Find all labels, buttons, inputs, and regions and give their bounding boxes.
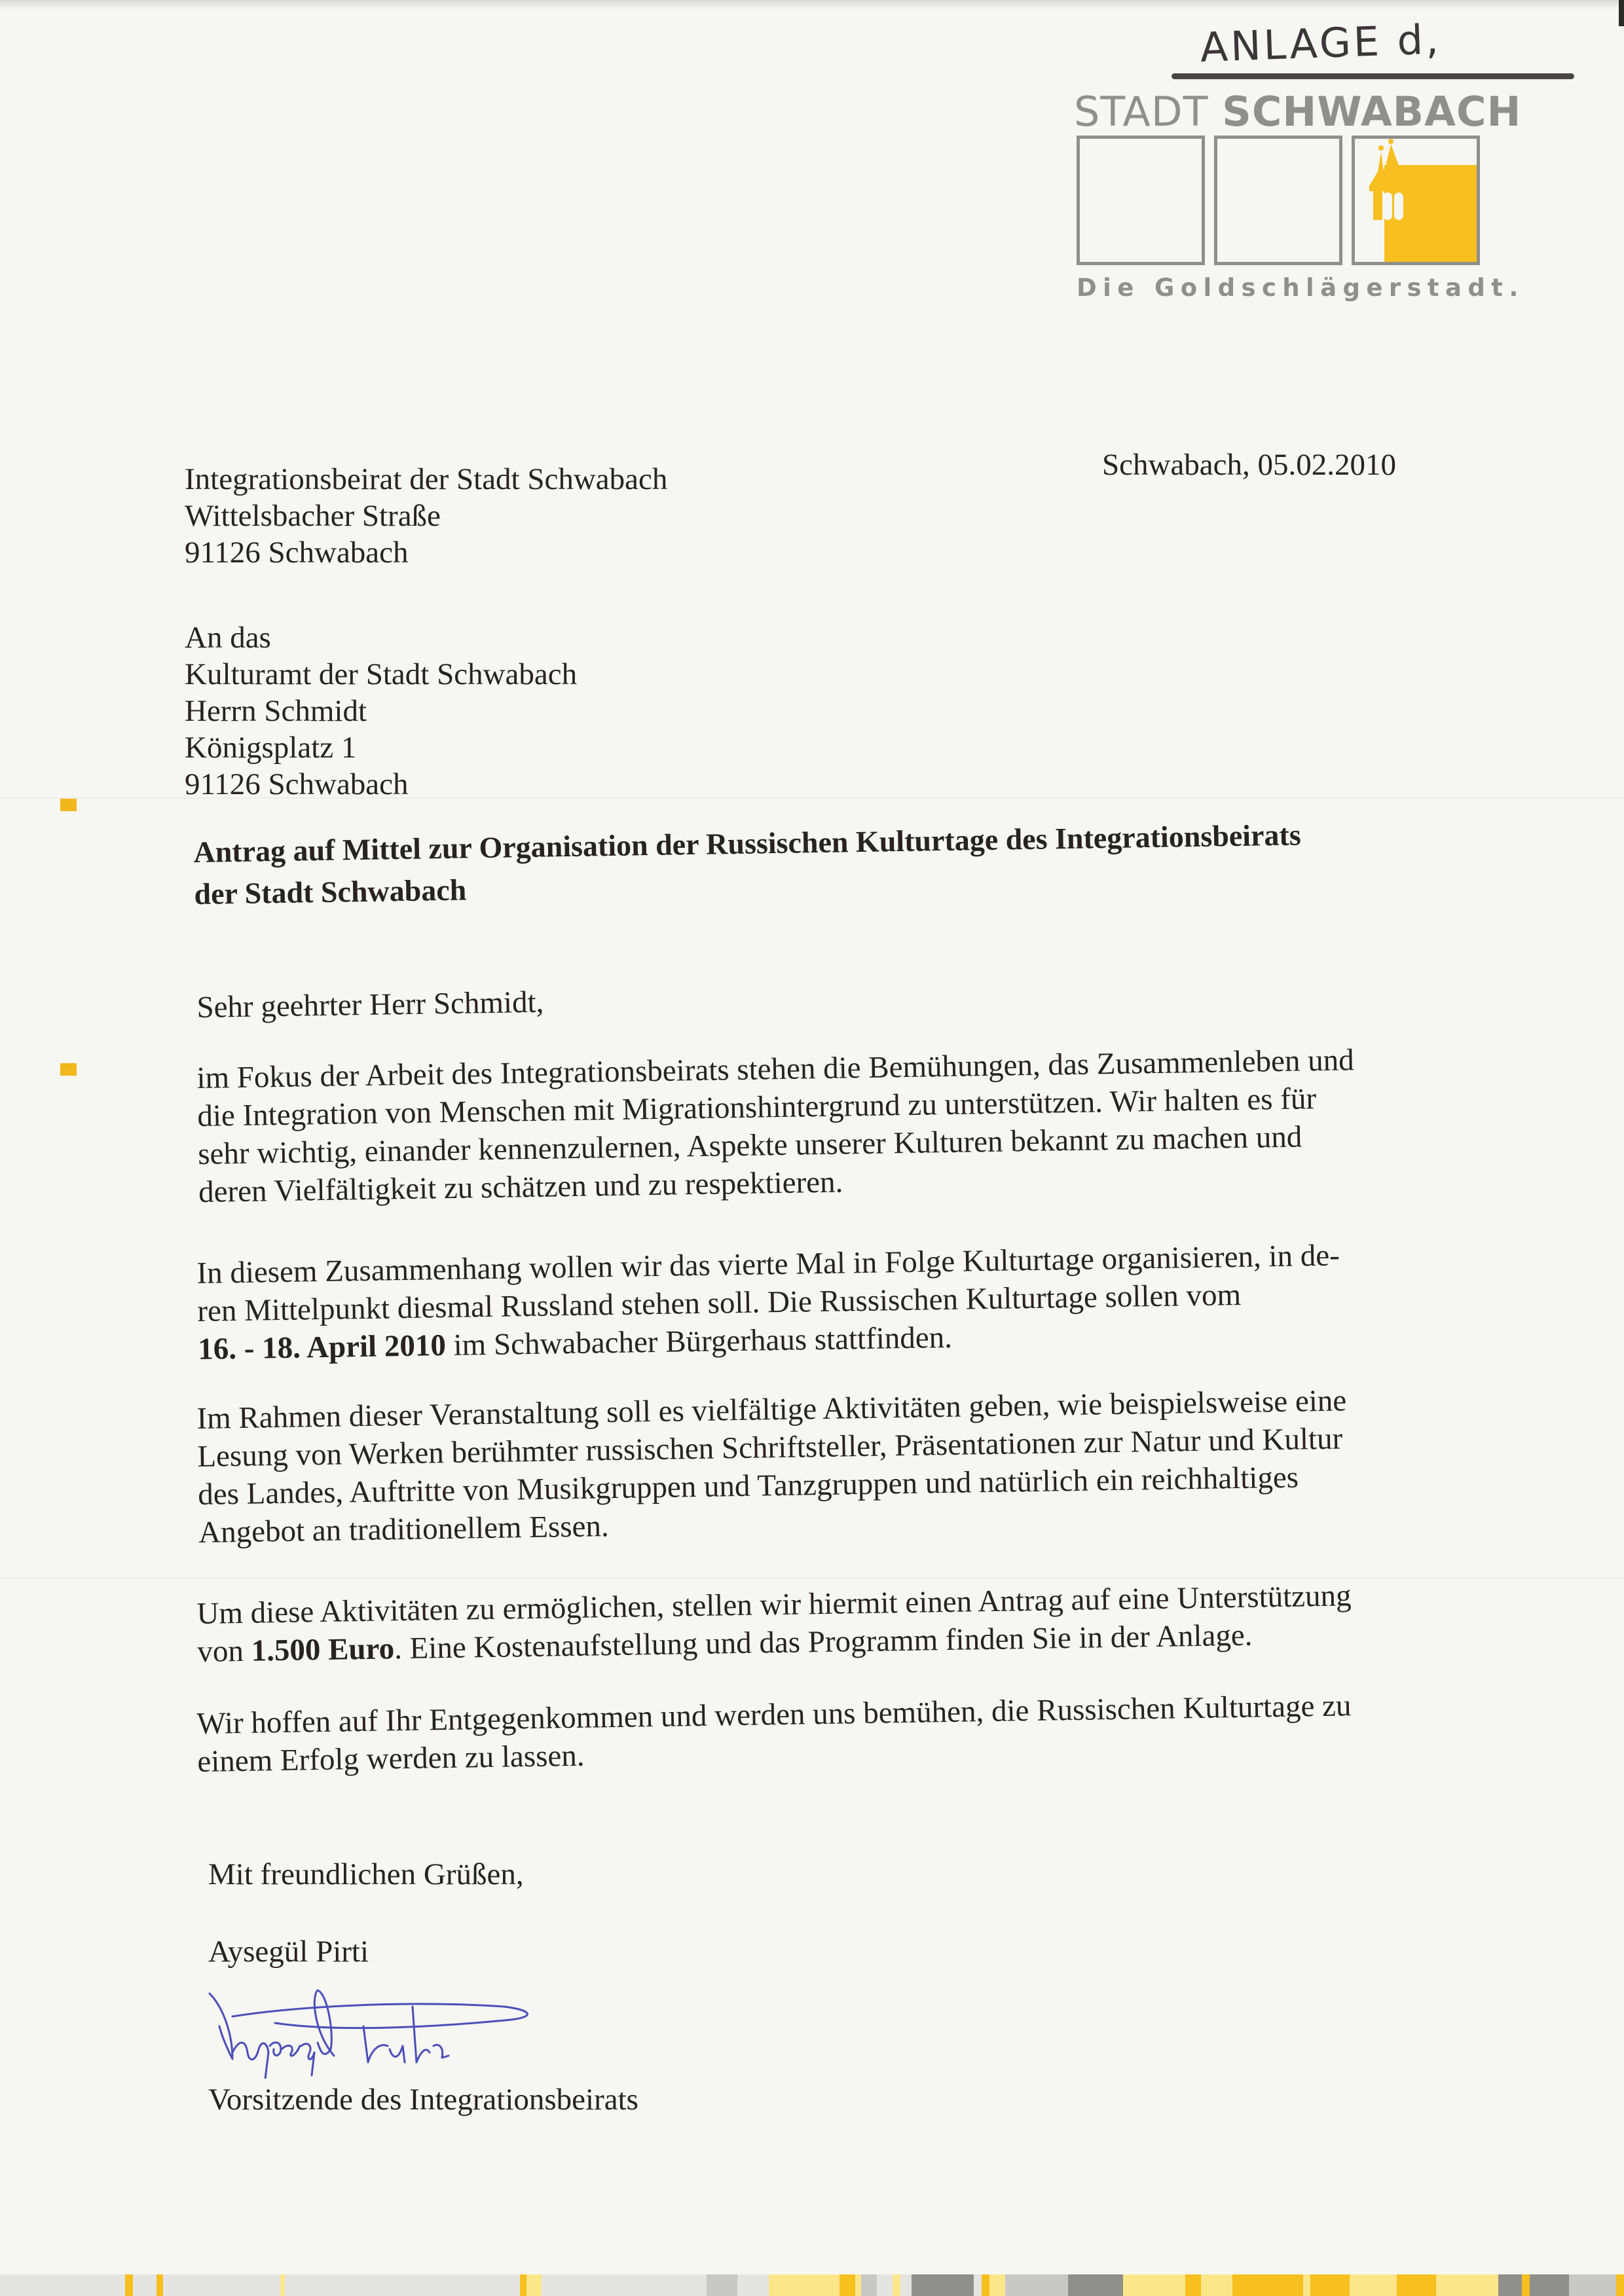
- paragraph-5: Wir hoffen auf Ihr Entgegenkommen und we…: [196, 1686, 1352, 1781]
- strip-segment: [1381, 2274, 1397, 2296]
- strip-segment: [526, 2274, 542, 2296]
- handwritten-underline: [1172, 73, 1574, 79]
- recipient-line: Kulturamt der Stadt Schwabach: [185, 656, 577, 693]
- letter-date: Schwabach, 05.02.2010: [1102, 447, 1396, 483]
- strip-segment: [520, 2274, 526, 2296]
- scan-top-shadow: [0, 0, 1624, 9]
- strip-segment: [280, 2274, 285, 2296]
- sender-line: 91126 Schwabach: [185, 534, 667, 571]
- strip-segment: [1068, 2274, 1123, 2296]
- letterhead-tagline: Die Goldschlägerstadt.: [1077, 274, 1524, 302]
- recipient-line: An das: [185, 619, 577, 656]
- strip-segment: [1436, 2274, 1499, 2296]
- sender-line: Integrationsbeirat der Stadt Schwabach: [185, 461, 667, 498]
- footer-color-strip: [0, 2274, 1624, 2296]
- paragraph-text: im Schwabacher Bürgerhaus stattfinden.: [445, 1321, 952, 1362]
- strip-segment: [0, 2274, 125, 2296]
- strip-segment: [1185, 2274, 1201, 2296]
- fold-mark: [60, 799, 77, 811]
- strip-segment: [133, 2274, 157, 2296]
- closing-greeting: Mit freundlichen Grüßen,: [208, 1857, 524, 1892]
- paragraph-2: In diesem Zusammenhang wollen wir das vi…: [196, 1237, 1341, 1368]
- handwritten-annotation: ANLAGE d,: [1199, 15, 1441, 71]
- strip-segment: [1530, 2274, 1569, 2296]
- strip-segment: [1256, 2274, 1303, 2296]
- strip-segment: [840, 2274, 855, 2296]
- requested-amount: 1.500 Euro: [251, 1631, 394, 1667]
- logo-box-2: [1214, 136, 1342, 265]
- strip-segment: [861, 2274, 877, 2296]
- recipient-address: An das Kulturamt der Stadt Schwabach Her…: [185, 619, 577, 803]
- church-tower-icon: [1355, 139, 1477, 262]
- strip-segment: [1138, 2274, 1185, 2296]
- recipient-line: 91126 Schwabach: [185, 766, 577, 803]
- strip-segment: [982, 2274, 989, 2296]
- strip-segment: [974, 2274, 982, 2296]
- strip-segment: [1005, 2274, 1068, 2296]
- signatory-name: Aysegül Pirti: [208, 1934, 369, 1969]
- strip-segment: [1569, 2274, 1616, 2296]
- strip-segment: [989, 2274, 1005, 2296]
- strip-segment: [1350, 2274, 1381, 2296]
- strip-segment: [285, 2274, 520, 2296]
- letterhead-city-prefix: STADT: [1074, 88, 1208, 136]
- sender-line: Wittelsbacher Straße: [185, 498, 667, 534]
- strip-segment: [1201, 2274, 1232, 2296]
- strip-segment: [769, 2274, 840, 2296]
- strip-segment: [1232, 2274, 1256, 2296]
- strip-segment: [1397, 2274, 1436, 2296]
- strip-segment: [1616, 2274, 1624, 2296]
- strip-segment: [737, 2274, 769, 2296]
- event-dates: 16. - 18. April 2010: [198, 1328, 446, 1366]
- salutation-text: Sehr geehrter Herr Schmidt,: [196, 983, 544, 1027]
- strip-segment: [1498, 2274, 1522, 2296]
- strip-segment: [542, 2274, 706, 2296]
- handwritten-signature: [196, 1980, 602, 2079]
- strip-segment: [707, 2274, 738, 2296]
- recipient-line: Herrn Schmidt: [185, 693, 577, 729]
- strip-segment: [855, 2274, 862, 2296]
- strip-segment: [900, 2274, 912, 2296]
- paragraph-1: im Fokus der Arbeit des Integrationsbeir…: [196, 1041, 1356, 1211]
- strip-segment: [157, 2274, 163, 2296]
- scan-edge: [1619, 0, 1624, 26]
- strip-segment: [1522, 2274, 1530, 2296]
- letterhead-city-name: SCHWABACH: [1222, 88, 1521, 136]
- paragraph-3: Im Rahmen dieser Veranstaltung soll es v…: [196, 1381, 1348, 1552]
- paper-fold: [0, 1578, 1624, 1580]
- recipient-line: Königsplatz 1: [185, 729, 577, 766]
- strip-segment: [163, 2274, 280, 2296]
- subject-line: Antrag auf Mittel zur Organisation der R…: [193, 814, 1302, 915]
- strip-segment: [1310, 2274, 1350, 2296]
- signatory-role: Vorsitzende des Integrationsbeirats: [208, 2082, 638, 2117]
- strip-segment: [125, 2274, 133, 2296]
- strip-segment: [912, 2274, 974, 2296]
- strip-segment: [1123, 2274, 1139, 2296]
- sender-address: Integrationsbeirat der Stadt Schwabach W…: [185, 461, 667, 571]
- logo-box-1: [1077, 136, 1205, 265]
- salutation: Sehr geehrter Herr Schmidt,: [196, 983, 544, 1027]
- strip-segment: [877, 2274, 893, 2296]
- punch-mark: [60, 1063, 77, 1076]
- logo-box-3: [1352, 136, 1480, 265]
- paragraph-4: Um diese Aktivitäten zu ermöglichen, ste…: [196, 1576, 1352, 1671]
- strip-segment: [1303, 2274, 1311, 2296]
- paragraph-text: von: [197, 1634, 251, 1669]
- strip-segment: [893, 2274, 900, 2296]
- letterhead-title: STADT SCHWABACH: [1074, 88, 1521, 136]
